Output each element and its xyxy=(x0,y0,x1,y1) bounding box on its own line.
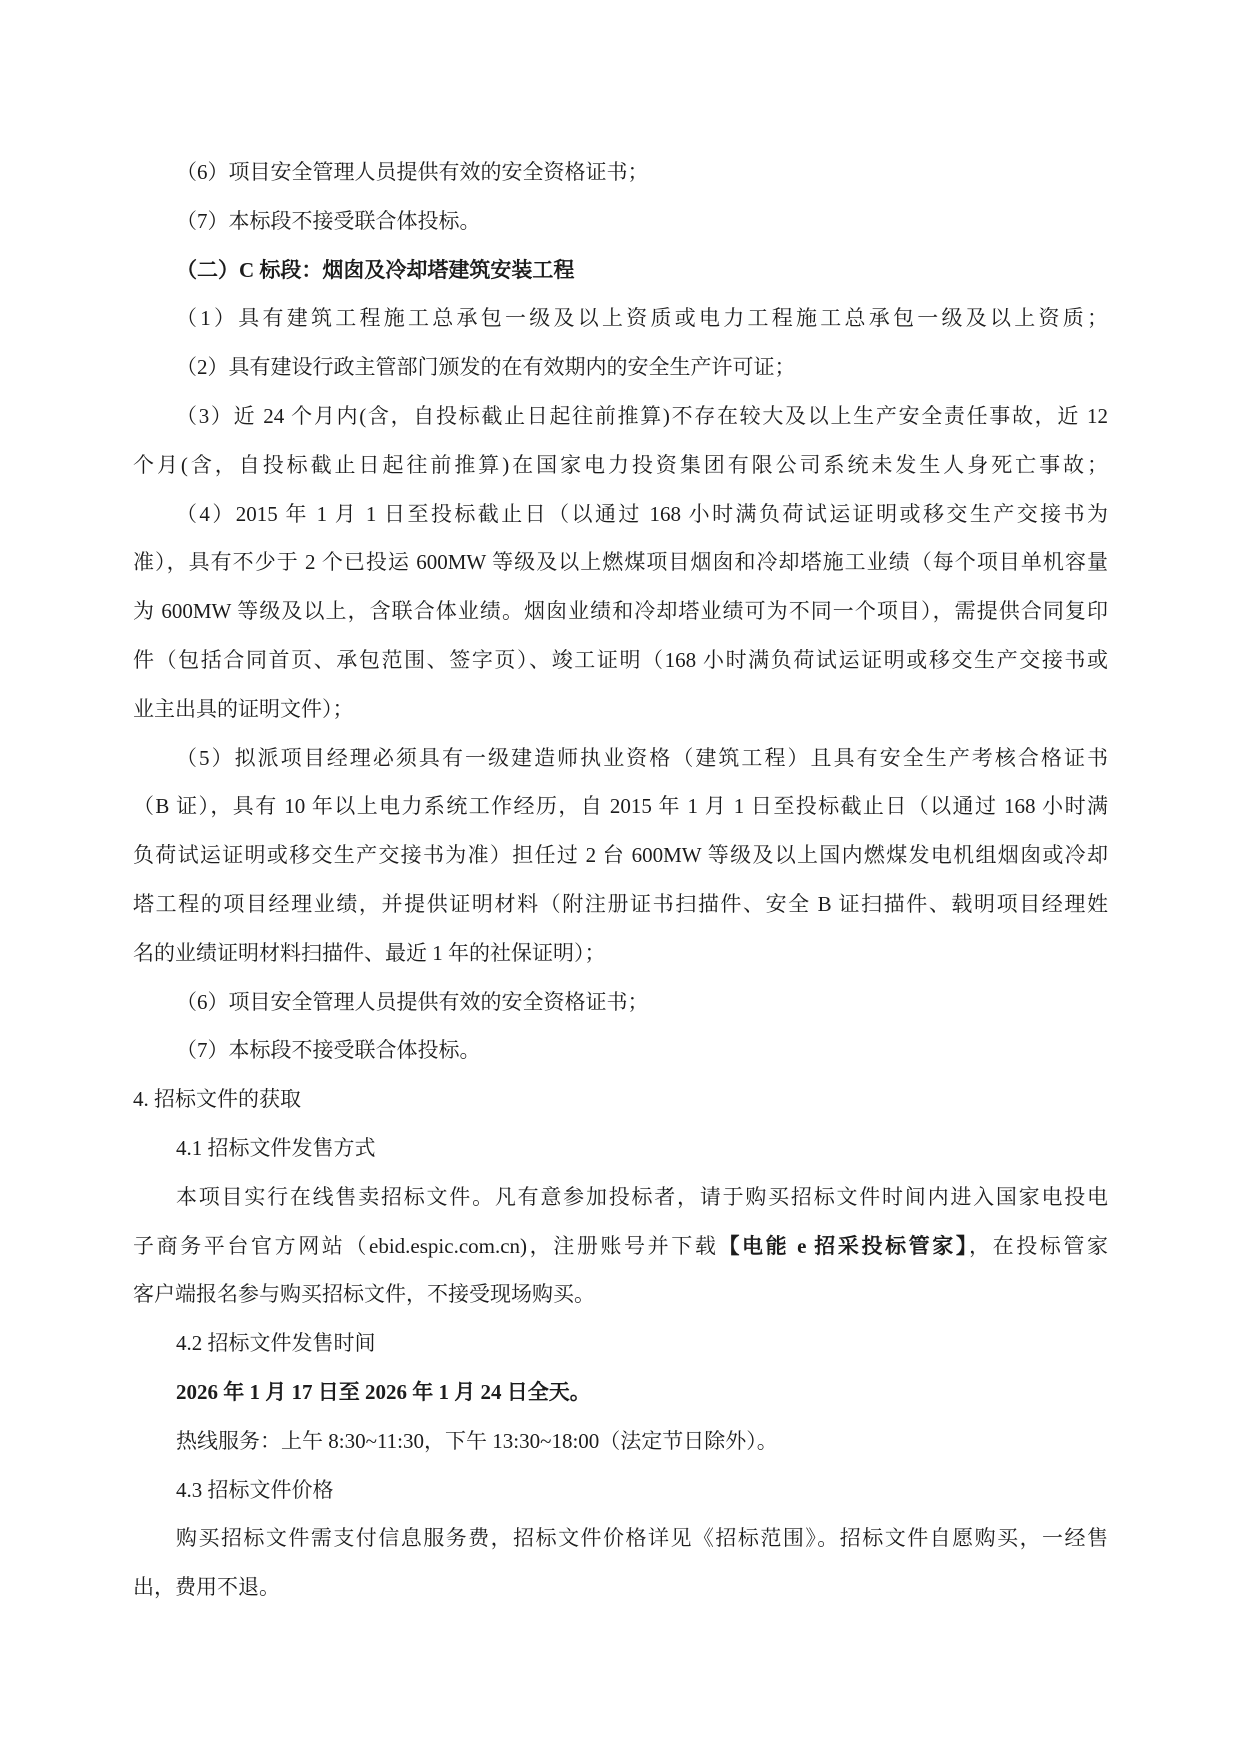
doc-line: （5）拟派项目经理必须具有一级建造师执业资格（建筑工程）且具有安全生产考核合格证… xyxy=(133,734,1108,783)
document-page: （6）项目安全管理人员提供有效的安全资格证书； （7）本标段不接受联合体投标。 … xyxy=(0,0,1240,1753)
doc-line: 塔工程的项目经理业绩，并提供证明材料（附注册证书扫描件、安全 B 证扫描件、载明… xyxy=(133,880,1108,929)
doc-line: 负荷试运证明或移交生产交接书为准）担任过 2 台 600MW 等级及以上国内燃煤… xyxy=(133,831,1108,880)
doc-line: 个月(含，自投标截止日起往前推算)在国家电力投资集团有限公司系统未发生人身死亡事… xyxy=(133,441,1108,490)
doc-line: 客户端报名参与购买招标文件，不接受现场购买。 xyxy=(133,1270,1108,1319)
doc-line: （6）项目安全管理人员提供有效的安全资格证书； xyxy=(133,978,1108,1027)
section-heading: 4.3 招标文件价格 xyxy=(133,1466,1108,1515)
doc-line: （2）具有建设行政主管部门颁发的在有效期内的安全生产许可证； xyxy=(133,343,1108,392)
doc-text: ，在投标管家 xyxy=(969,1234,1108,1258)
section-heading: 4.1 招标文件发售方式 xyxy=(133,1124,1108,1173)
doc-line: 子商务平台官方网站（ebid.espic.com.cn)，注册账号并下载【电能 … xyxy=(133,1222,1108,1271)
doc-line: 件（包括合同首页、承包范围、签字页）、竣工证明（168 小时满负荷试运证明或移交… xyxy=(133,636,1108,685)
doc-line: 为 600MW 等级及以上，含联合体业绩。烟囱业绩和冷却塔业绩可为不同一个项目）… xyxy=(133,587,1108,636)
section-heading: 4.2 招标文件发售时间 xyxy=(133,1319,1108,1368)
doc-line: （7）本标段不接受联合体投标。 xyxy=(133,197,1108,246)
doc-line: （7）本标段不接受联合体投标。 xyxy=(133,1026,1108,1075)
doc-line: 购买招标文件需支付信息服务费，招标文件价格详见《招标范围》。招标文件自愿购买，一… xyxy=(133,1514,1108,1563)
section-heading: 4. 招标文件的获取 xyxy=(133,1075,1108,1124)
highlighted-app-name: 【电能 e 招采投标管家】 xyxy=(718,1234,969,1258)
doc-line: （4）2015 年 1 月 1 日至投标截止日（以通过 168 小时满负荷试运证… xyxy=(133,490,1108,539)
hotline-line: 热线服务：上午 8:30~11:30，下午 13:30~18:00（法定节日除外… xyxy=(133,1417,1108,1466)
doc-line: 出，费用不退。 xyxy=(133,1563,1108,1612)
doc-line: （1）具有建筑工程施工总承包一级及以上资质或电力工程施工总承包一级及以上资质； xyxy=(133,294,1108,343)
doc-text: 子商务平台官方网站（ebid.espic.com.cn)，注册账号并下载 xyxy=(133,1234,718,1258)
doc-line: （B 证），具有 10 年以上电力系统工作经历，自 2015 年 1 月 1 日… xyxy=(133,782,1108,831)
doc-line: 业主出具的证明文件）； xyxy=(133,685,1108,734)
doc-line: 准），具有不少于 2 个已投运 600MW 等级及以上燃煤项目烟囱和冷却塔施工业… xyxy=(133,538,1108,587)
section-heading: （二）C 标段：烟囱及冷却塔建筑安装工程 xyxy=(133,246,1108,295)
doc-line: （6）项目安全管理人员提供有效的安全资格证书； xyxy=(133,148,1108,197)
doc-line: （3）近 24 个月内(含，自投标截止日起往前推算)不存在较大及以上生产安全责任… xyxy=(133,392,1108,441)
doc-line: 名的业绩证明材料扫描件、最近 1 年的社保证明）； xyxy=(133,929,1108,978)
sale-date-line: 2026 年 1 月 17 日至 2026 年 1 月 24 日全天。 xyxy=(133,1368,1108,1417)
doc-line: 本项目实行在线售卖招标文件。凡有意参加投标者，请于购买招标文件时间内进入国家电投… xyxy=(133,1173,1108,1222)
